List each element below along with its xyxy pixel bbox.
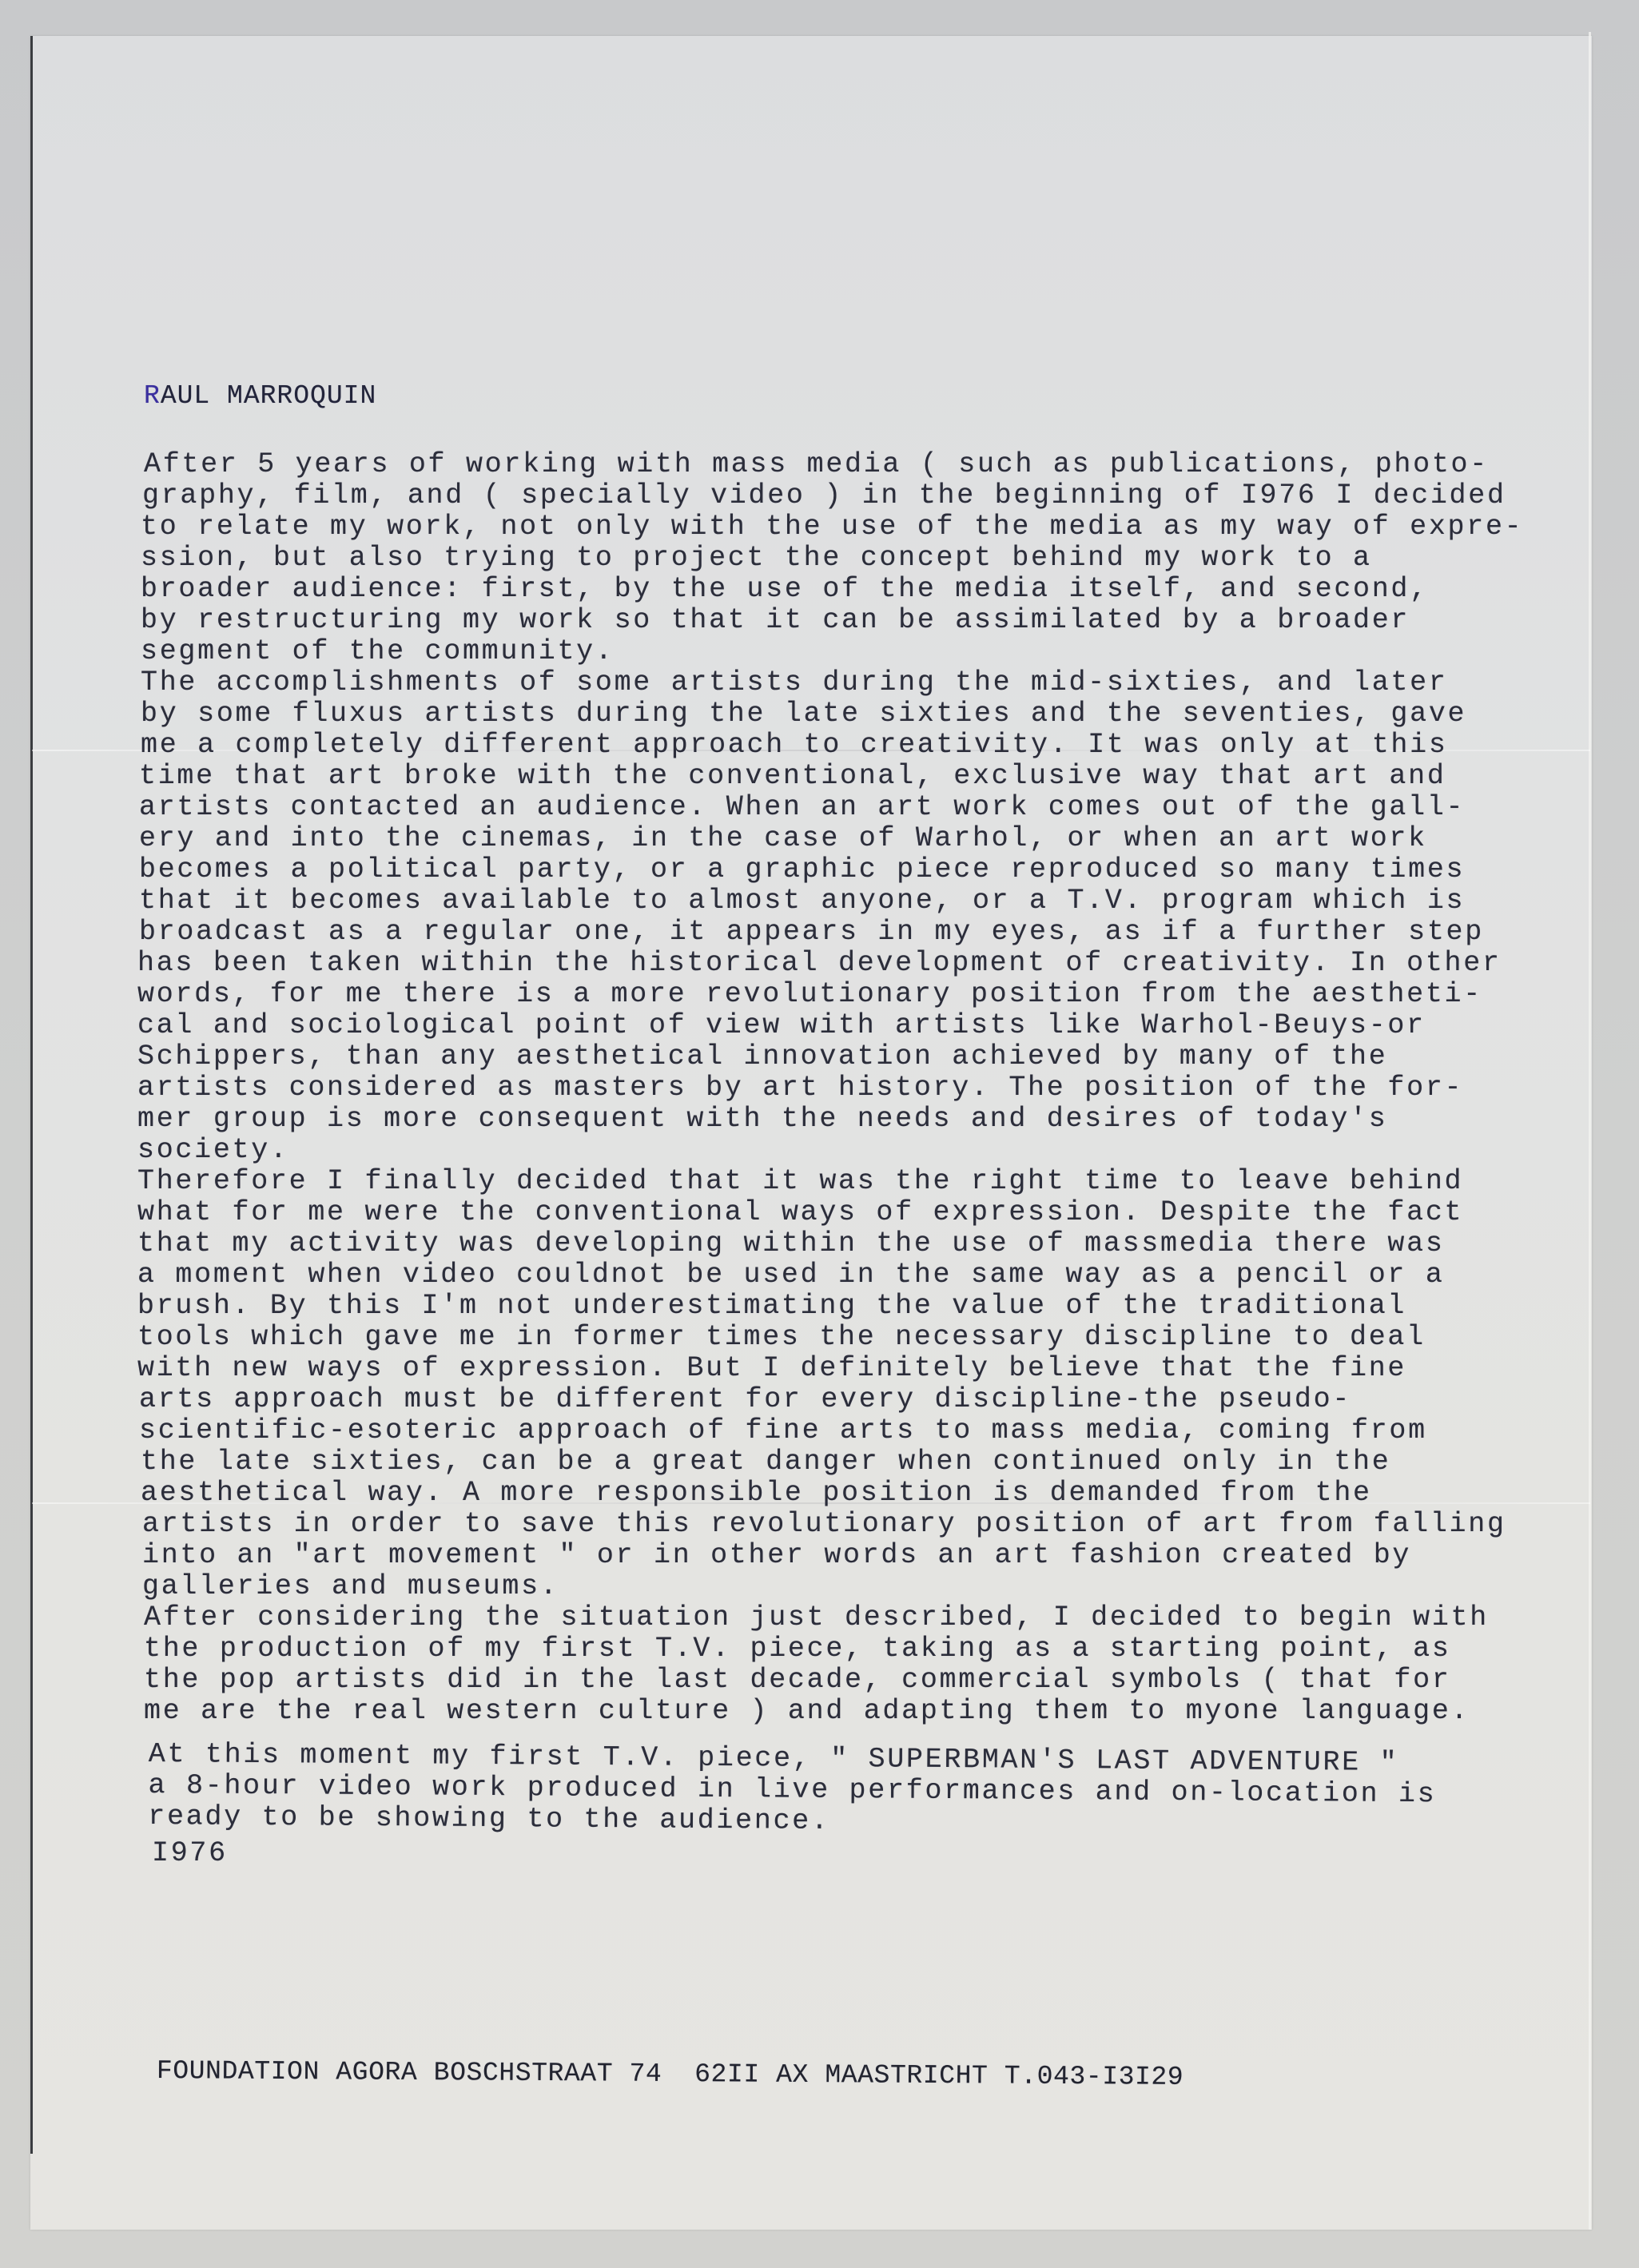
text-line: time that art broke with the conventiona… — [139, 761, 1522, 792]
text-line: the production of my first T.V. piece, t… — [144, 1633, 1526, 1665]
text-line: broadcast as a regular one, it appears i… — [139, 917, 1522, 948]
text-line: broader audience: first, by the use of t… — [141, 574, 1523, 605]
text-line: The accomplishments of some artists duri… — [141, 667, 1523, 698]
author-heading: RAUL MARROQUIN — [144, 380, 376, 412]
text-line: artists contacted an audience. When an a… — [139, 792, 1522, 823]
text-line: that it becomes available to almost anyo… — [139, 885, 1522, 917]
text-line: After 5 years of working with mass media… — [144, 449, 1526, 480]
text-line: galleries and museums. — [142, 1571, 1525, 1602]
text-line: graphy, film, and ( specially video ) in… — [142, 480, 1525, 511]
text-line: scientific-esoteric approach of fine art… — [139, 1415, 1522, 1446]
date-year: I976 — [152, 1838, 228, 1869]
text-line: a moment when video couldnot be used in … — [137, 1259, 1520, 1291]
text-line: has been taken within the historical dev… — [137, 948, 1520, 979]
text-line: words, for me there is a more revolution… — [137, 979, 1520, 1010]
paper-left-edge — [30, 36, 33, 2154]
text-line: artists in order to save this revolution… — [142, 1509, 1525, 1540]
text-line: ery and into the cinemas, in the case of… — [139, 823, 1522, 854]
text-line: Therefore I finally decided that it was … — [137, 1166, 1520, 1197]
paper-right-edge — [1589, 32, 1591, 2230]
letterhead-footer: FOUNDATION AGORA BOSCHSTRAAT 74 62II AX … — [157, 2055, 1184, 2093]
text-line: tools which gave me in former times the … — [137, 1322, 1520, 1353]
text-line: that my activity was developing within t… — [137, 1228, 1520, 1259]
text-line: the pop artists did in the last decade, … — [144, 1665, 1526, 1696]
author-initial: R — [144, 381, 161, 411]
text-line: brush. By this I'm not underestimating t… — [137, 1291, 1520, 1322]
text-line: After considering the situation just des… — [144, 1602, 1526, 1633]
text-line: becomes a political party, or a graphic … — [139, 854, 1522, 885]
text-line: me a completely different approach to cr… — [141, 730, 1523, 761]
text-line: cal and sociological point of view with … — [137, 1010, 1520, 1041]
text-line: by restructuring my work so that it can … — [141, 605, 1523, 636]
author-name-rest: AUL MARROQUIN — [161, 381, 376, 411]
text-line: with new ways of expression. But I defin… — [137, 1353, 1520, 1384]
text-line: aesthetical way. A more responsible posi… — [141, 1478, 1523, 1509]
text-line: into an "art movement " or in other word… — [142, 1540, 1525, 1571]
text-line: arts approach must be different for ever… — [139, 1384, 1522, 1415]
text-line: to relate my work, not only with the use… — [141, 511, 1523, 543]
text-line: the late sixties, can be a great danger … — [141, 1446, 1523, 1478]
text-line: segment of the community. — [141, 636, 1523, 667]
statement-body: After 5 years of working with mass media… — [141, 449, 1523, 1727]
closing-paragraph: At this moment my first T.V. piece, " SU… — [148, 1739, 1437, 1841]
text-line: by some fluxus artists during the late s… — [141, 698, 1523, 730]
text-line: ssion, but also trying to project the co… — [141, 543, 1523, 574]
text-line: Schippers, than any aesthetical innovati… — [137, 1041, 1520, 1072]
text-line: society. — [137, 1135, 1520, 1166]
text-line: what for me were the conventional ways o… — [137, 1197, 1520, 1228]
text-line: mer group is more consequent with the ne… — [137, 1104, 1520, 1135]
text-line: me are the real western culture ) and ad… — [144, 1696, 1526, 1727]
text-line: artists considered as masters by art his… — [137, 1072, 1520, 1104]
